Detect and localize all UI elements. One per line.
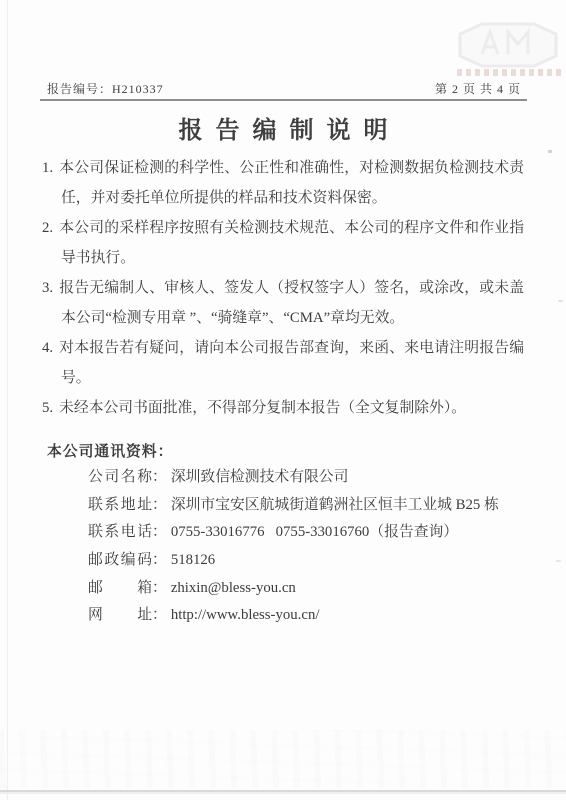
address-value: 深圳市宝安区航城街道鹤洲社区恒丰工业城 B25 栋 (171, 497, 499, 513)
note-text: 报告无编制人、审核人、签发人（授权签字人）签名，或涂改，或未盖本公司“检测专用章… (59, 280, 524, 326)
contact-colon: ： (152, 524, 167, 540)
contact-label: 网址 (88, 602, 152, 630)
contact-row-postcode: 邮政编码：518126 (88, 547, 528, 575)
contact-row-phone: 联系电话：0755-33016776 0755-33016760（报告查询） (88, 519, 528, 547)
scan-speck (548, 150, 552, 153)
report-number-label: 报告编号： (47, 82, 112, 96)
contact-colon: ： (152, 607, 167, 623)
scan-speck (558, 300, 563, 302)
header-rule (40, 99, 527, 101)
note-item: 1.本公司保证检测的科学性、公正性和准确性，对检测数据负检测技术责任，并对委托单… (42, 153, 524, 213)
note-item: 2.本公司的采样程序按照有关检测技术规范、本公司的程序文件和作业指导书执行。 (42, 213, 524, 273)
website-value: http://www.bless-you.cn/ (171, 607, 320, 623)
contact-row-email: 邮箱：zhixin@bless-you.cn (88, 575, 528, 603)
scan-speck (556, 560, 561, 562)
notes-list: 1.本公司保证检测的科学性、公正性和准确性，对检测数据负检测技术责任，并对委托单… (42, 153, 524, 423)
note-text: 本公司的采样程序按照有关检测技术规范、本公司的程序文件和作业指导书执行。 (59, 220, 524, 266)
page-bottom-edge-shadow (0, 792, 566, 794)
page-number: 第 2 页 共 4 页 (435, 80, 521, 97)
note-text: 本公司保证检测的科学性、公正性和准确性，对检测数据负检测技术责任，并对委托单位所… (59, 160, 524, 206)
note-item: 3.报告无编制人、审核人、签发人（授权签字人）签名，或涂改，或未盖本公司“检测专… (42, 273, 524, 333)
note-number: 2. (42, 220, 53, 236)
report-number-value: H210337 (112, 82, 164, 96)
contact-colon: ： (152, 580, 167, 596)
scan-noise (0, 730, 566, 788)
contact-label: 联系地址 (88, 492, 152, 520)
contact-heading: 本公司通讯资料： (47, 441, 173, 463)
page-title: 报告编制说明 (0, 110, 566, 145)
note-item: 4.对本报告若有疑问，请向本公司报告部查询，来函、来电请注明报告编号。 (42, 333, 524, 393)
watermark-subtext (457, 69, 561, 76)
note-number: 1. (42, 160, 53, 176)
contact-label: 邮箱 (88, 575, 152, 603)
contact-row-company-name: 公司名称：深圳致信检测技术有限公司 (88, 464, 528, 492)
contact-label: 公司名称 (88, 464, 152, 492)
note-item: 5.未经本公司书面批准，不得部分复制本报告（全文复制除外）。 (42, 393, 524, 423)
company-logo-icon (452, 20, 564, 70)
note-number: 5. (42, 400, 53, 416)
contact-colon: ： (152, 469, 167, 485)
postcode-value: 518126 (171, 552, 215, 568)
contact-row-address: 联系地址：深圳市宝安区航城街道鹤洲社区恒丰工业城 B25 栋 (88, 492, 528, 520)
contact-section: 公司名称：深圳致信检测技术有限公司 联系地址：深圳市宝安区航城街道鹤洲社区恒丰工… (88, 464, 528, 630)
note-number: 3. (42, 280, 53, 296)
page-header: 报告编号：H210337 第 2 页 共 4 页 (47, 80, 521, 97)
contact-row-website: 网址：http://www.bless-you.cn/ (88, 602, 528, 630)
contact-label: 联系电话 (88, 519, 152, 547)
note-text: 对本报告若有疑问，请向本公司报告部查询，来函、来电请注明报告编号。 (59, 340, 524, 386)
company-name-value: 深圳致信检测技术有限公司 (171, 469, 349, 485)
note-number: 4. (42, 340, 53, 356)
report-number: 报告编号：H210337 (47, 80, 164, 97)
phone-value: 0755-33016776 0755-33016760（报告查询） (171, 524, 458, 540)
report-page: 报告编号：H210337 第 2 页 共 4 页 报告编制说明 1.本公司保证检… (0, 0, 566, 800)
contact-colon: ： (152, 497, 167, 513)
contact-label: 邮政编码 (88, 547, 152, 575)
email-value: zhixin@bless-you.cn (171, 580, 296, 596)
note-text: 未经本公司书面批准，不得部分复制本报告（全文复制除外）。 (59, 400, 466, 416)
contact-colon: ： (152, 552, 167, 568)
